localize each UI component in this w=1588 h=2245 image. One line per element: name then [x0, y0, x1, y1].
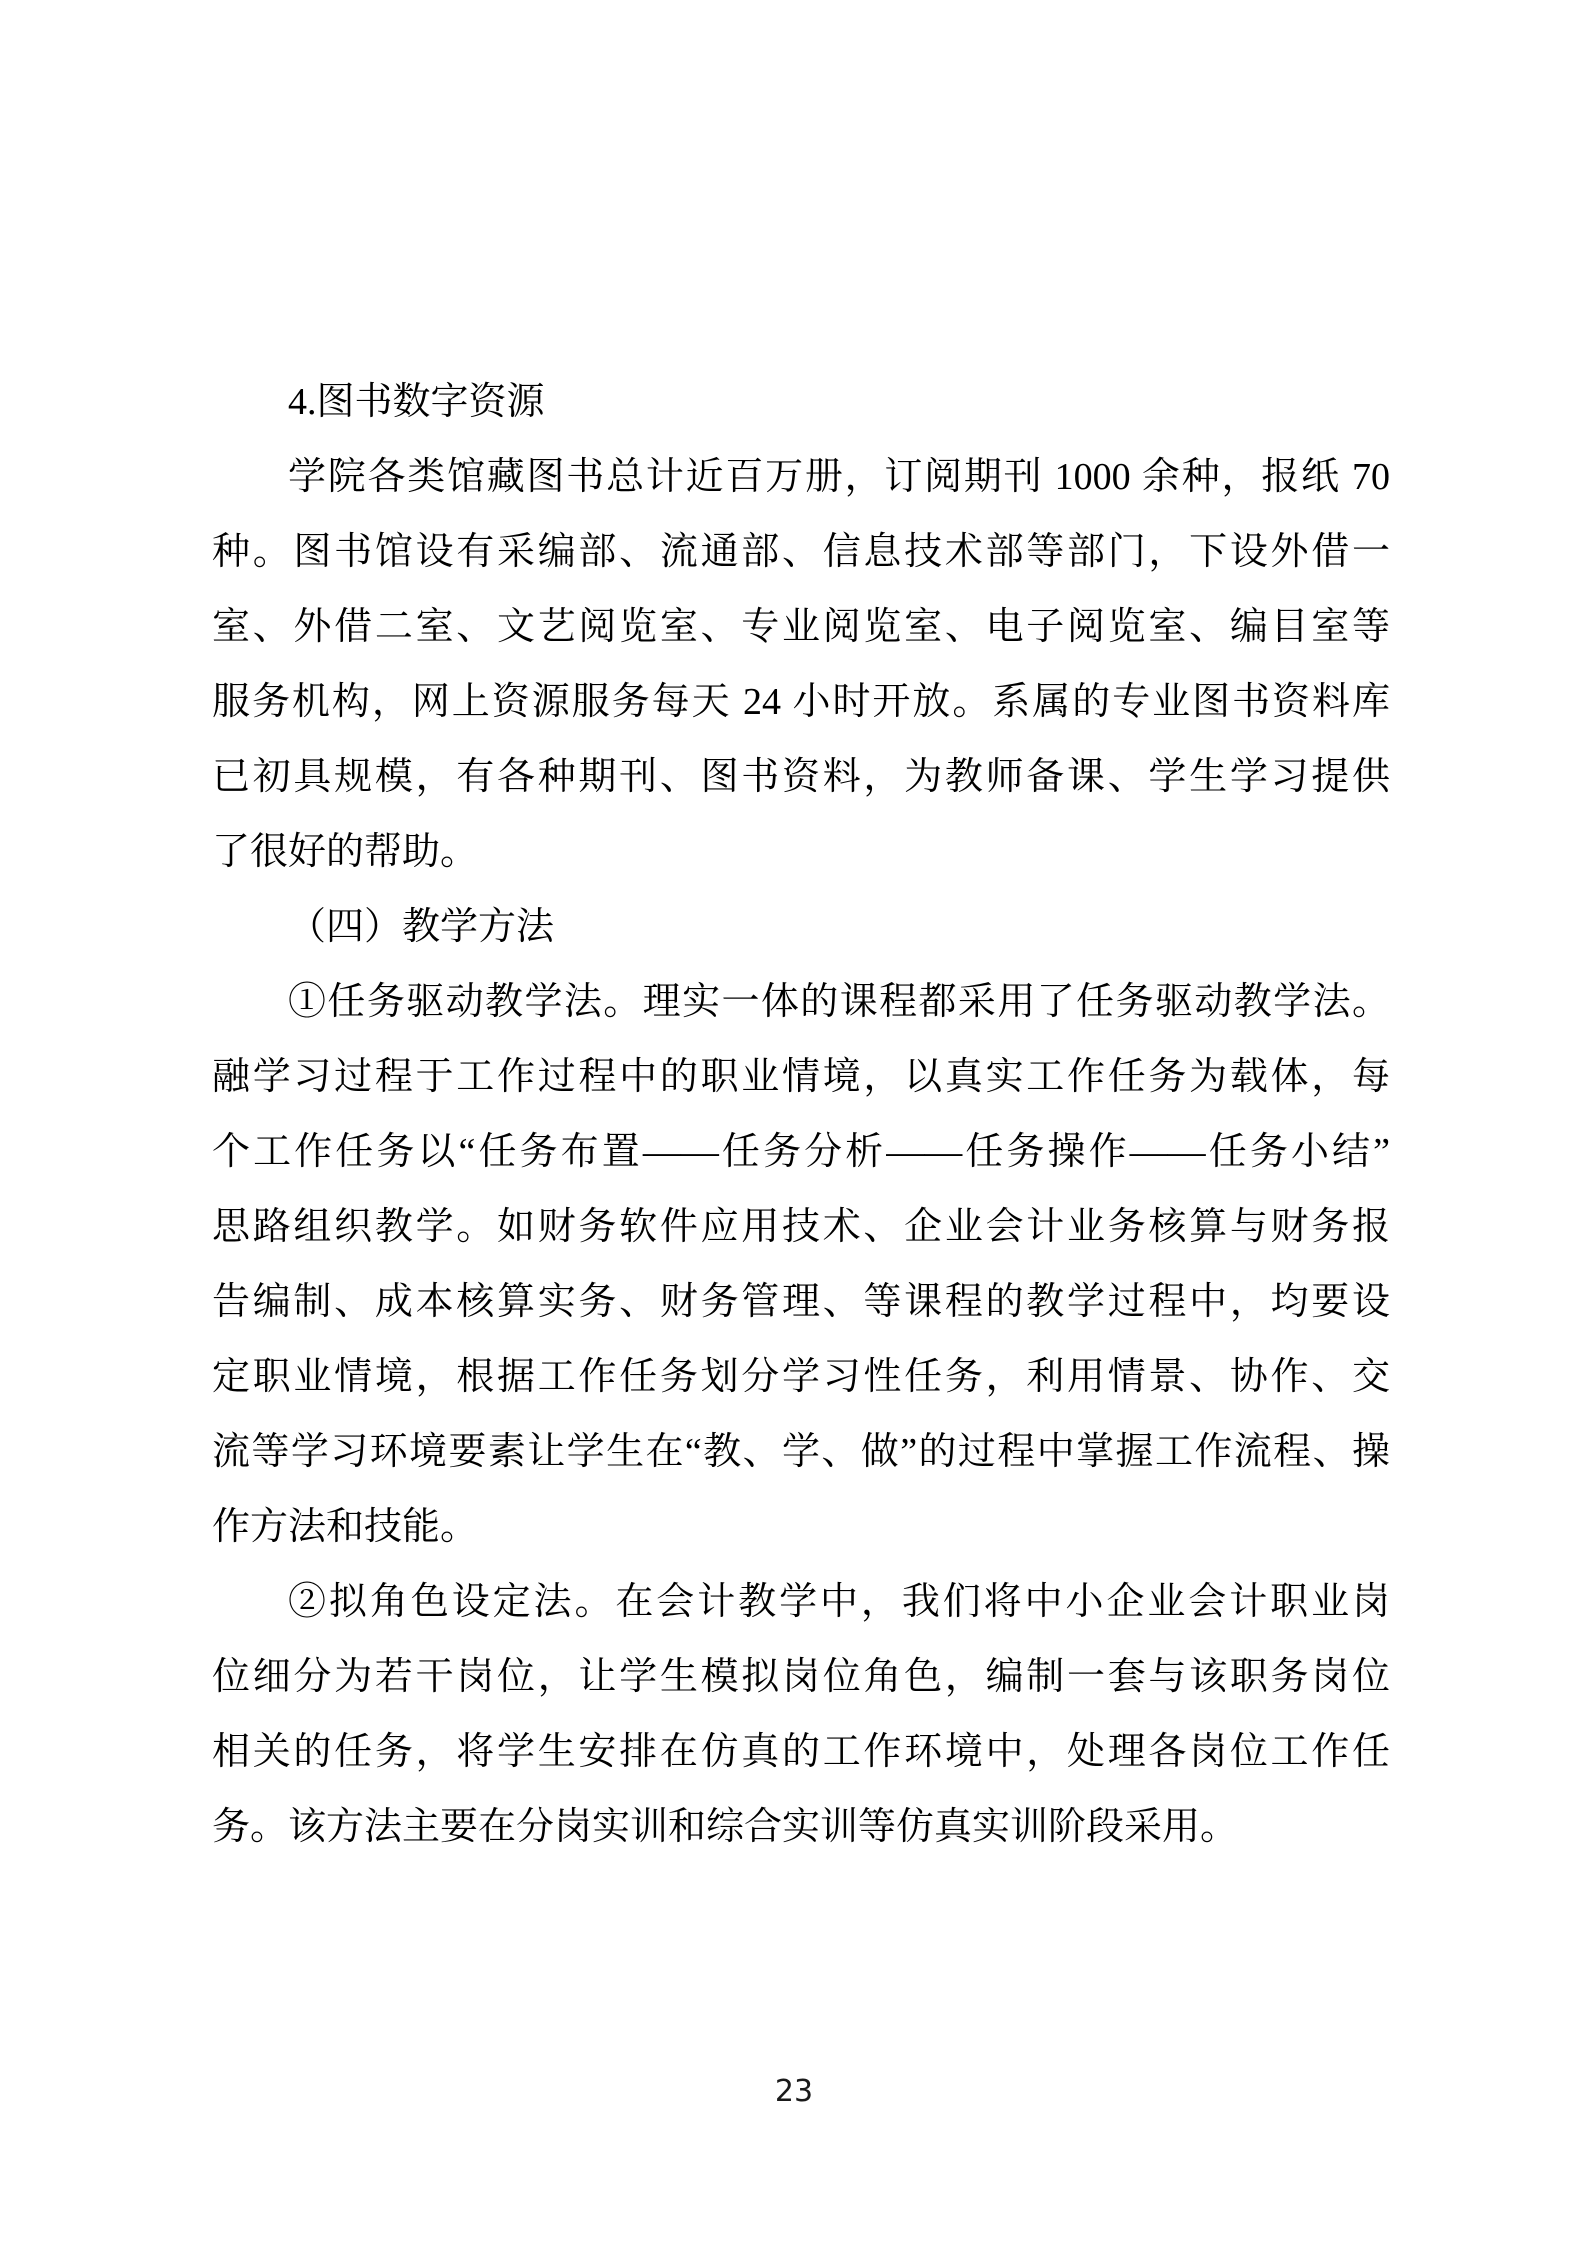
- text-line: 融学习过程于工作过程中的职业情境，以真实工作任务为载体，每: [212, 1040, 1390, 1115]
- text-line: 思路组织教学。如财务软件应用技术、企业会计业务核算与财务报: [212, 1190, 1390, 1265]
- text-line: ②拟角色设定法。在会计教学中，我们将中小企业会计职业岗: [212, 1565, 1390, 1640]
- text-line: 服务机构，网上资源服务每天 24 小时开放。系属的专业图书资料库: [212, 665, 1390, 740]
- document-page: 4.图书数字资源学院各类馆藏图书总计近百万册，订阅期刊 1000 余种，报纸 7…: [0, 0, 1588, 2245]
- text-line: 作方法和技能。: [212, 1490, 1390, 1565]
- text-line: 告编制、成本核算实务、财务管理、等课程的教学过程中，均要设: [212, 1265, 1390, 1340]
- text-line: 流等学习环境要素让学生在“教、学、做”的过程中掌握工作流程、操: [212, 1415, 1390, 1490]
- document-body: 4.图书数字资源学院各类馆藏图书总计近百万册，订阅期刊 1000 余种，报纸 7…: [212, 365, 1390, 1865]
- text-line: 个工作任务以“任务布置——任务分析——任务操作——任务小结”: [212, 1115, 1390, 1190]
- text-line: 4.图书数字资源: [212, 365, 1390, 440]
- text-line: 定职业情境，根据工作任务划分学习性任务，利用情景、协作、交: [212, 1340, 1390, 1415]
- text-line: 学院各类馆藏图书总计近百万册，订阅期刊 1000 余种，报纸 70: [212, 440, 1390, 515]
- page-number: 23: [0, 2072, 1588, 2112]
- text-line: 种。图书馆设有采编部、流通部、信息技术部等部门，下设外借一: [212, 515, 1390, 590]
- text-line: ①任务驱动教学法。理实一体的课程都采用了任务驱动教学法。: [212, 965, 1390, 1040]
- text-line: 了很好的帮助。: [212, 815, 1390, 890]
- text-line: 室、外借二室、文艺阅览室、专业阅览室、电子阅览室、编目室等: [212, 590, 1390, 665]
- text-line: 相关的任务，将学生安排在仿真的工作环境中，处理各岗位工作任: [212, 1715, 1390, 1790]
- text-line: （四）教学方法: [212, 890, 1390, 965]
- text-line: 务。该方法主要在分岗实训和综合实训等仿真实训阶段采用。: [212, 1790, 1390, 1865]
- text-line: 已初具规模，有各种期刊、图书资料，为教师备课、学生学习提供: [212, 740, 1390, 815]
- text-line: 位细分为若干岗位，让学生模拟岗位角色，编制一套与该职务岗位: [212, 1640, 1390, 1715]
